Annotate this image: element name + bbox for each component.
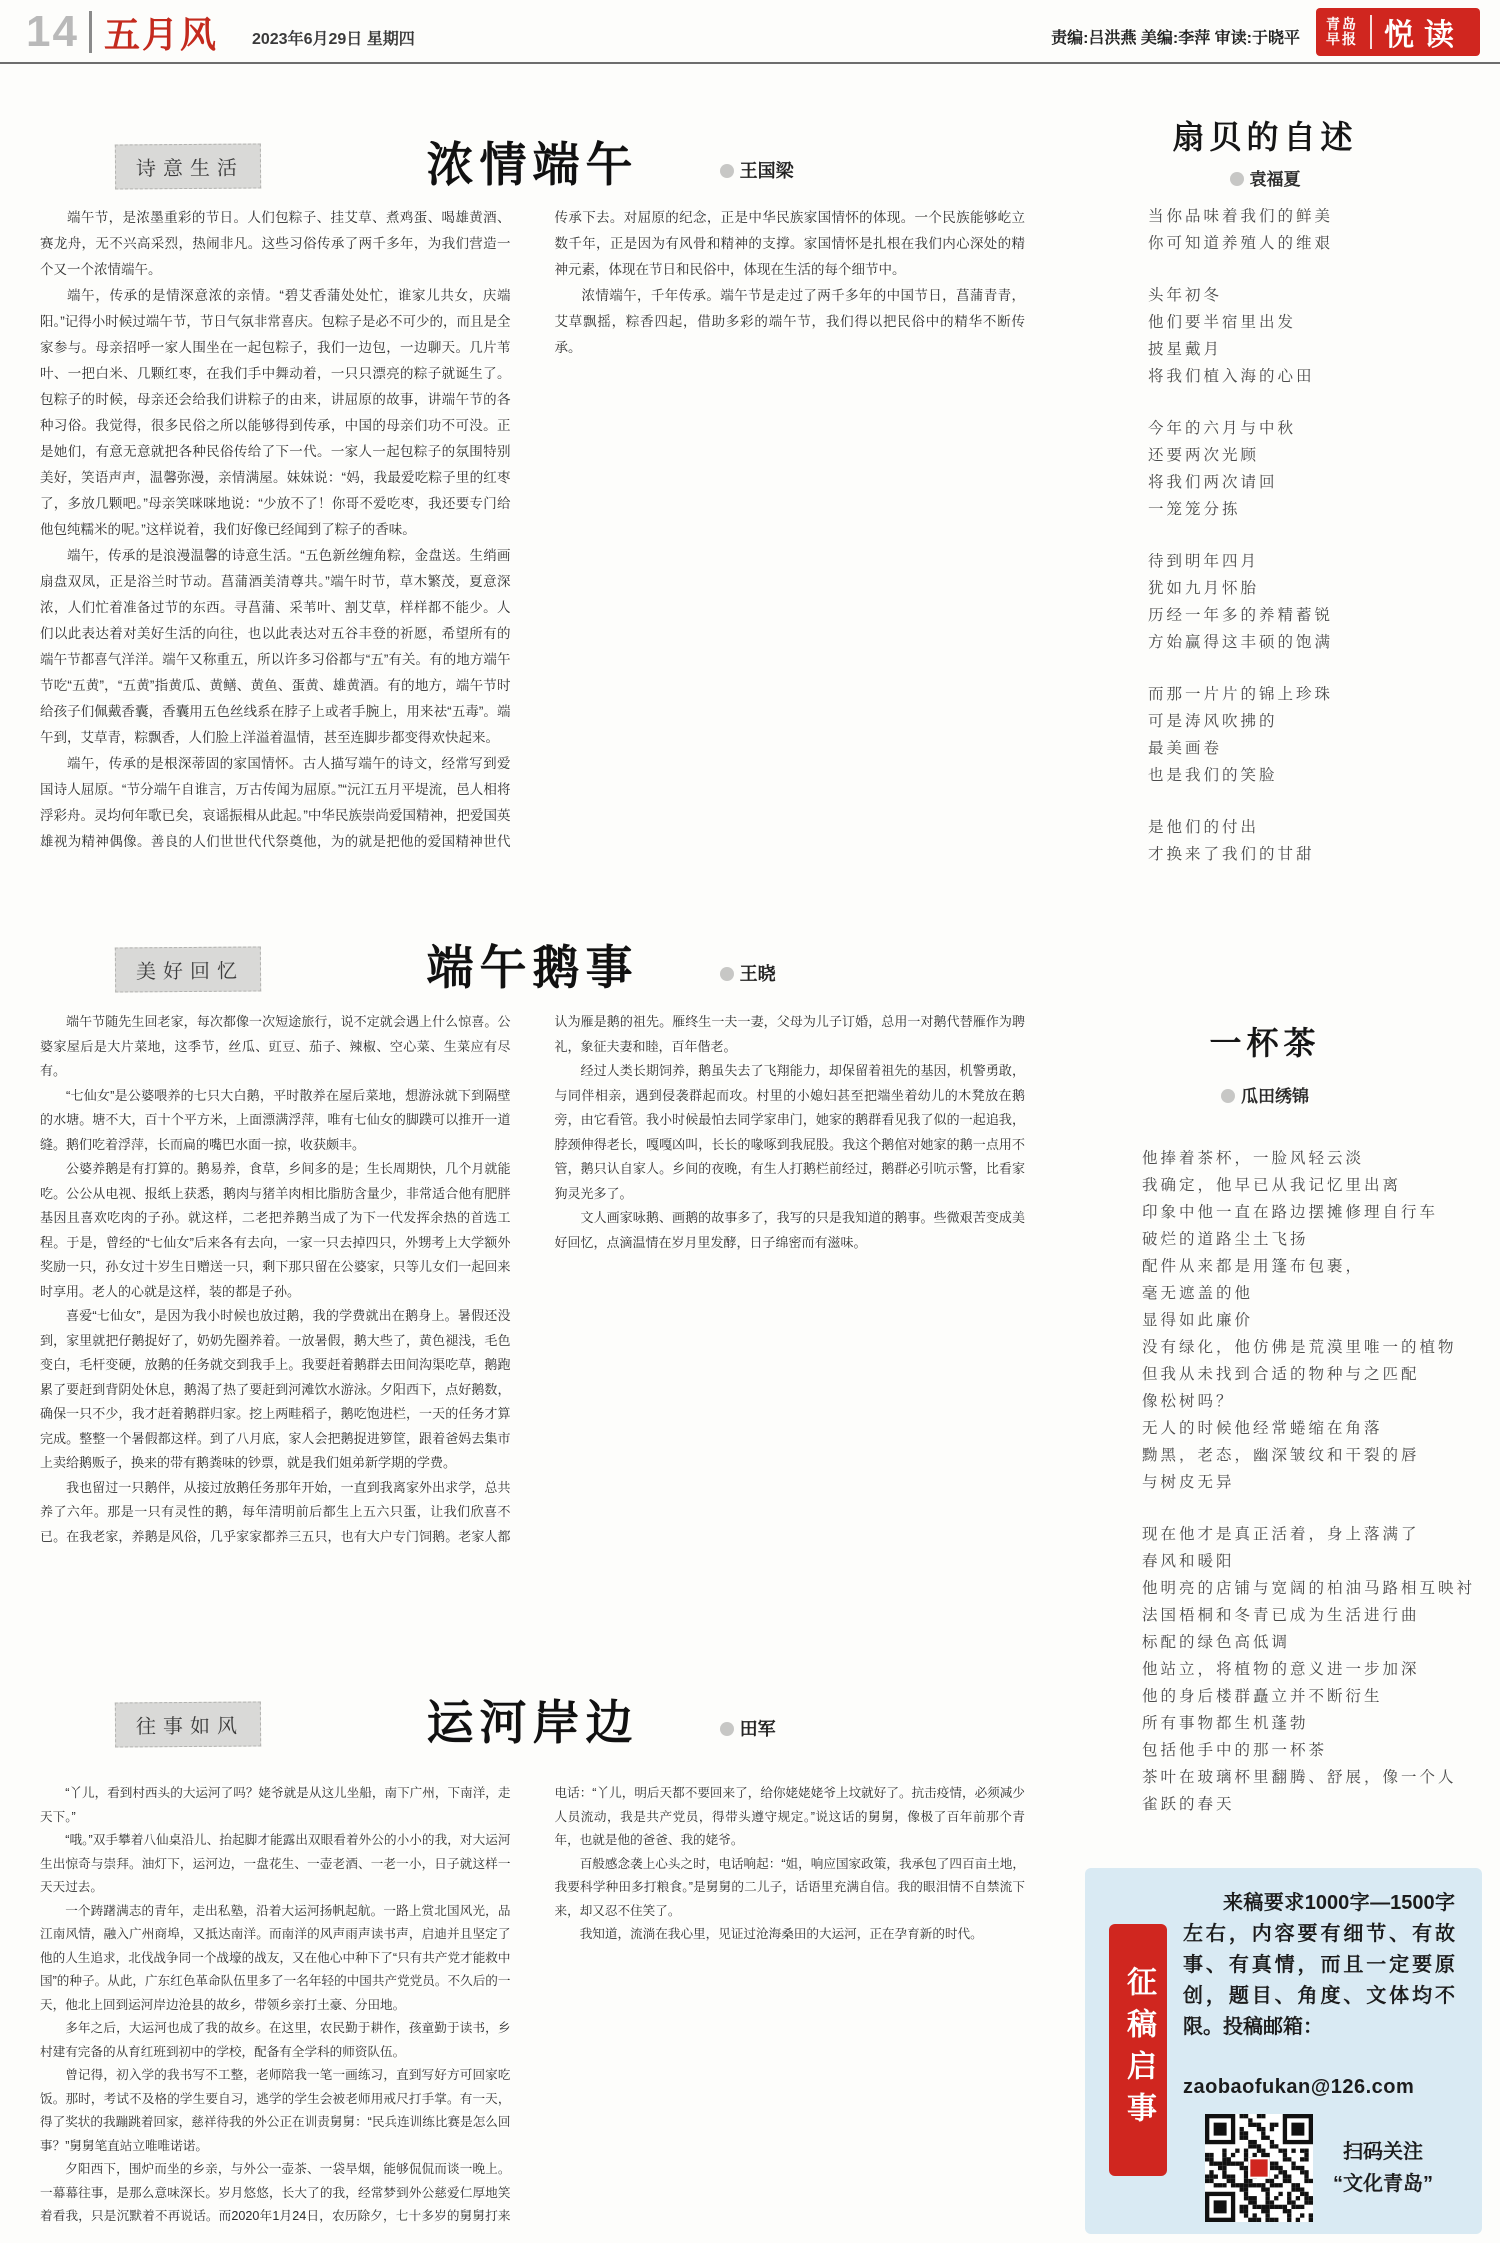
qr-caption-line1: 扫码关注 [1333, 2136, 1433, 2168]
section-name: 五月风 [104, 7, 218, 58]
poem-line: 可是涛风吹拂的 [1148, 708, 1488, 735]
poem-line: 方始赢得这丰硕的饱满 [1148, 629, 1488, 656]
poem-line: 我确定，他早已从我记忆里出离 [1142, 1172, 1487, 1199]
poem-line: 你可知道养殖人的维艰 [1148, 230, 1488, 257]
poem-line: 茶叶在玻璃杯里翻腾、舒展，像一个人 [1142, 1764, 1487, 1791]
poem2-byline: 瓜田绣锦 [1050, 1082, 1480, 1107]
poem-line: 雀跃的春天 [1142, 1791, 1487, 1818]
poem1-title: 扇贝的自述 [1050, 112, 1480, 158]
poem-line: 而那一片片的锦上珍珠 [1148, 681, 1488, 708]
qr-caption: 扫码关注 “文化青岛” [1333, 2136, 1433, 2200]
poem1-body: 当你品味着我们的鲜美你可知道养殖人的维艰头年初冬他们要半宿里出发披星戴月将我们植… [1148, 203, 1488, 893]
poem2-body: 他捧着茶杯，一脸风轻云淡我确定，他早已从我记忆里出离印象中他一直在路边摆摊修理自… [1142, 1145, 1487, 1843]
paragraph: 公婆养鹅是有打算的。鹅易养，食草，乡间多的是；生长周期快，几个月就能吃。公公从电… [40, 1157, 511, 1304]
paragraph: 经过人类长期饲养，鹅虽失去了飞翔能力，却保留着祖先的基因，机警勇敢，与同伴相亲，… [555, 1059, 1026, 1206]
poem-line: 他的身后楼群矗立并不断衍生 [1142, 1683, 1487, 1710]
poem-line: 将我们两次请回 [1148, 469, 1488, 496]
paper-name: 青岛 早报 [1326, 17, 1358, 47]
poem-stanza: 头年初冬他们要半宿里出发披星戴月将我们植入海的心田 [1148, 282, 1488, 390]
poem-line: 破烂的道路尘土飞扬 [1142, 1226, 1487, 1253]
paragraph: 文人画家咏鹅、画鹅的故事多了，我写的只是我知道的鹅事。些微艰苦变成美好回忆，点滴… [555, 1206, 1026, 1255]
article1-body: 端午节，是浓墨重彩的节日。人们包粽子、挂艾草、煮鸡蛋、喝雄黄酒、赛龙舟，无不兴高… [40, 205, 1025, 863]
editors-line: 责编:吕洪燕 美编:李萍 审读:于晓平 [1051, 25, 1300, 48]
poem-line: 一笼笼分拣 [1148, 496, 1488, 523]
poem-stanza: 而那一片片的锦上珍珠可是涛风吹拂的最美画卷也是我们的笑脸 [1148, 681, 1488, 789]
poem-stanza: 今年的六月与中秋还要两次光顾将我们两次请回一笼笼分拣 [1148, 415, 1488, 523]
poem2-title: 一杯茶 [1050, 1018, 1480, 1064]
issue-date: 2023年6月29日 星期四 [252, 26, 415, 49]
article2-title-row: 美好回忆 端午鹅事 王晓 [40, 903, 1025, 998]
paragraph: 多年之后，大运河也成了我的故乡。在这里，农民勤于耕作，孩童勤于读书，乡村建有完备… [40, 2017, 511, 2064]
article1-title: 浓情端午 [40, 128, 1025, 195]
author-dot-icon [720, 967, 734, 981]
paragraph: “哦。”双手攀着八仙桌沿儿、抬起脚才能露出双眼看着外公的小小的我，对大运河生出惊… [40, 1829, 511, 1900]
poem-line: 才换来了我们的甘甜 [1148, 841, 1488, 868]
poem1-author: 袁福夏 [1250, 170, 1301, 189]
paragraph: 端午节随先生回老家，每次都像一次短途旅行，说不定就会遇上什么惊喜。公婆家屋后是大… [40, 1010, 511, 1084]
notice-ribbon: 征稿启事 [1109, 1924, 1167, 2176]
paragraph: 我知道，流淌在我心里，见证过沧海桑田的大运河，正在孕育新的时代。 [555, 1923, 1026, 1947]
poem-line: 头年初冬 [1148, 282, 1488, 309]
notice-body-text: 来稿要求1000字—1500字左右，内容要有细节、有故事、有真情，而且一定要原创… [1183, 1888, 1455, 2043]
poem-line: 与树皮无异 [1142, 1469, 1487, 1496]
poem-stanza: 现在他才是真正活着，身上落满了春风和暖阳他明亮的店铺与宽阔的柏油马路相互映衬法国… [1142, 1521, 1487, 1818]
article2-body: 端午节随先生回老家，每次都像一次短途旅行，说不定就会遇上什么惊喜。公婆家屋后是大… [40, 1010, 1025, 1588]
paragraph: 端午节，是浓墨重彩的节日。人们包粽子、挂艾草、煮鸡蛋、喝雄黄酒、赛龙舟，无不兴高… [40, 205, 511, 283]
poem2-author: 瓜田绣锦 [1241, 1087, 1309, 1106]
logo-divider [1370, 15, 1372, 49]
poem-line: 披星戴月 [1148, 336, 1488, 363]
author-dot-icon [720, 1722, 734, 1736]
poem-line: 黝黑，老态，幽深皱纹和干裂的唇 [1142, 1442, 1487, 1469]
poem-line: 还要两次光顾 [1148, 442, 1488, 469]
poem-stanza: 他捧着茶杯，一脸风轻云淡我确定，他早已从我记忆里出离印象中他一直在路边摆摊修理自… [1142, 1145, 1487, 1496]
poem-stanza: 待到明年四月犹如九月怀胎历经一年多的养精蓄锐方始赢得这丰硕的饱满 [1148, 548, 1488, 656]
article1-byline: 王国梁 [720, 157, 794, 183]
poem-line: 待到明年四月 [1148, 548, 1488, 575]
author-dot-icon [720, 164, 734, 178]
poem-line: 没有绿化，他仿佛是荒漠里唯一的植物 [1142, 1334, 1487, 1361]
paragraph: 端午，传承的是情深意浓的亲情。“碧艾香蒲处处忙，谁家儿共女，庆端阳。”记得小时候… [40, 283, 511, 543]
author-dot-icon [1230, 172, 1244, 186]
page-number: 14 [26, 7, 79, 57]
qr-code-icon [1205, 2114, 1313, 2222]
article2-byline: 王晓 [720, 960, 776, 986]
edition-name: 悦读 [1384, 10, 1464, 54]
article2-author: 王晓 [740, 964, 776, 984]
newspaper-page: 14 五月风 2023年6月29日 星期四 责编:吕洪燕 美编:李萍 审读:于晓… [0, 0, 1500, 2243]
poem-line: 现在他才是真正活着，身上落满了 [1142, 1521, 1487, 1548]
article3-body: “丫儿，看到村西头的大运河了吗？姥爷就是从这儿坐船，南下广州，下南洋，走天下。”… [40, 1782, 1025, 2234]
poem-line: 春风和暖阳 [1142, 1548, 1487, 1575]
poem-line: 像松树吗？ [1142, 1388, 1487, 1415]
qr-caption-line2: “文化青岛” [1333, 2168, 1433, 2200]
poem-line: 包括他手中的那一杯茶 [1142, 1737, 1487, 1764]
poem-stanza: 当你品味着我们的鲜美你可知道养殖人的维艰 [1148, 203, 1488, 257]
poem-line: 历经一年多的养精蓄锐 [1148, 602, 1488, 629]
poem-line: 是他们的付出 [1148, 814, 1488, 841]
submission-notice-box: 征稿启事 来稿要求1000字—1500字左右，内容要有细节、有故事、有真情，而且… [1085, 1868, 1482, 2234]
poem-line: 印象中他一直在路边摆摊修理自行车 [1142, 1199, 1487, 1226]
poem-line: 今年的六月与中秋 [1148, 415, 1488, 442]
paper-name-line1: 青岛 [1326, 17, 1358, 32]
paper-name-line2: 早报 [1326, 32, 1358, 47]
page-header: 14 五月风 2023年6月29日 星期四 责编:吕洪燕 美编:李萍 审读:于晓… [26, 6, 1480, 58]
poem-line: 他捧着茶杯，一脸风轻云淡 [1142, 1145, 1487, 1172]
article3-byline: 田军 [720, 1715, 776, 1741]
poem-line: 所有事物都生机蓬勃 [1142, 1710, 1487, 1737]
paragraph: 曾记得，初入学的我书写不工整，老师陪我一笔一画练习，直到写好方可回家吃饭。那时，… [40, 2064, 511, 2158]
poem-line: 毫无遮盖的他 [1142, 1280, 1487, 1307]
notice-email: zaobaofukan@126.com [1183, 2076, 1414, 2099]
poem1-byline: 袁福夏 [1050, 165, 1480, 190]
paragraph: 浓情端午，千年传承。端午节是走过了两千多年的中国节日，菖蒲青青，艾草飘摇，粽香四… [555, 283, 1026, 361]
poem-line: 也是我们的笑脸 [1148, 762, 1488, 789]
poem-line: 犹如九月怀胎 [1148, 575, 1488, 602]
paragraph: “丫儿，看到村西头的大运河了吗？姥爷就是从这儿坐船，南下广州，下南洋，走天下。” [40, 1782, 511, 1829]
poem-line: 无人的时候他经常蜷缩在角落 [1142, 1415, 1487, 1442]
paragraph: 喜爱“七仙女”，是因为我小时候也放过鹅，我的学费就出在鹅身上。暑假还没到，家里就… [40, 1304, 511, 1476]
poem-line: 法国梧桐和冬青已成为生活进行曲 [1142, 1602, 1487, 1629]
paragraph: 百般感念袭上心头之时，电话响起：“姐，响应国家政策，我承包了四百亩土地，我要科学… [555, 1853, 1026, 1924]
poem-line: 他站立，将植物的意义进一步加深 [1142, 1656, 1487, 1683]
header-rule [0, 62, 1500, 64]
notice-qr-row: 扫码关注 “文化青岛” [1205, 2114, 1433, 2222]
poem-line: 标配的绿色高低调 [1142, 1629, 1487, 1656]
paragraph: 一个踌躇满志的青年，走出私塾，沿着大运河扬帆起航。一路上赏北国风光，品江南风情，… [40, 1900, 511, 2018]
poem-line: 配件从来都是用篷布包裹， [1142, 1253, 1487, 1280]
masthead-logo: 青岛 早报 悦读 [1316, 8, 1480, 56]
article3-author: 田军 [740, 1719, 776, 1739]
poem-line: 但我从未找到合适的物种与之匹配 [1142, 1361, 1487, 1388]
poem-line: 最美画卷 [1148, 735, 1488, 762]
article3-title-row: 往事如风 运河岸边 田军 [40, 1653, 1025, 1753]
article1-title-row: 诗意生活 浓情端午 王国梁 [40, 95, 1025, 195]
poem-line: 当你品味着我们的鲜美 [1148, 203, 1488, 230]
paragraph: “七仙女”是公婆喂养的七只大白鹅，平时散养在屋后菜地，想游泳就下到隔壁的水塘。塘… [40, 1084, 511, 1158]
article2-title: 端午鹅事 [40, 931, 1025, 998]
article1-author: 王国梁 [740, 161, 794, 181]
author-dot-icon [1221, 1089, 1235, 1103]
poem-stanza: 是他们的付出才换来了我们的甘甜 [1148, 814, 1488, 868]
article3-title: 运河岸边 [40, 1686, 1025, 1753]
poem-line: 他明亮的店铺与宽阔的柏油马路相互映衬 [1142, 1575, 1487, 1602]
paragraph: 端午，传承的是浪漫温馨的诗意生活。“五色新丝缠角粽，金盘送。生绡画扇盘双凤，正是… [40, 543, 511, 751]
poem-line: 他们要半宿里出发 [1148, 309, 1488, 336]
header-divider [89, 11, 92, 53]
poem-line: 将我们植入海的心田 [1148, 363, 1488, 390]
poem-line: 显得如此廉价 [1142, 1307, 1487, 1334]
